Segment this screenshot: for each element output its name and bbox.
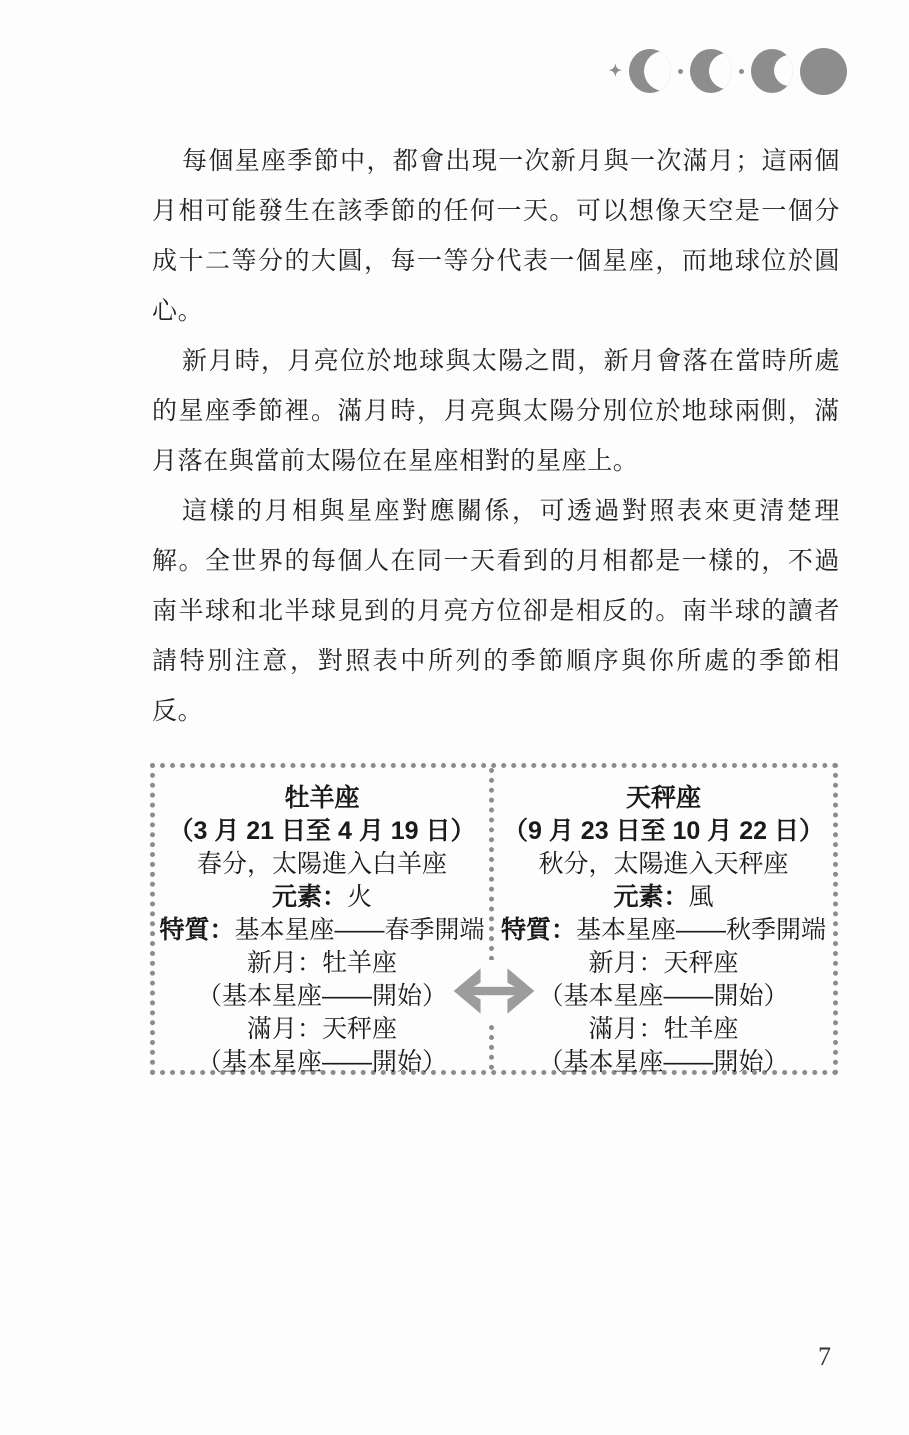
full-moon-icon [800,48,847,95]
element-value: 火 [347,883,372,911]
body-text: 每個星座季節中，都會出現一次新月與一次滿月；這兩個月相可能發生在該季節的任何一天… [152,137,840,737]
quality-label: 特質： [501,916,576,944]
sign-title: 天秤座 [494,782,833,815]
element-label: 元素： [272,883,347,911]
swap-arrow-icon [448,960,540,1022]
sign-date-range: （3 月 21 日至 4 月 19 日） [155,815,489,848]
full-moon-note: （基本星座——開始） [155,1046,489,1079]
sign-date-range: （9 月 23 日至 10 月 22 日） [494,815,833,848]
element-line: 元素：火 [155,881,489,914]
crescent-thick-icon [751,49,793,93]
moon-phase-decoration: ✦ [609,46,847,96]
full-moon-note: （基本星座——開始） [494,1046,833,1079]
dot-separator [739,69,744,74]
full-moon-line: 滿月：天秤座 [155,1013,489,1046]
new-moon-note: （基本星座——開始） [494,980,833,1013]
body-paragraph: 這樣的月相與星座對應關係，可透過對照表來更清楚理解。全世界的每個人在同一天看到的… [152,487,840,737]
sign-title: 牡羊座 [155,782,489,815]
quality-value: 基本星座——秋季開端 [576,916,826,944]
new-moon-line: 新月：天秤座 [494,947,833,980]
quality-line: 特質：基本星座——春季開端 [155,914,489,947]
page-number: 7 [818,1342,831,1372]
quality-label: 特質： [159,916,234,944]
dot-separator [678,69,683,74]
crescent-medium-icon [690,49,732,93]
libra-column: 天秤座 （9 月 23 日至 10 月 22 日） 秋分，太陽進入天秤座 元素：… [494,768,833,1070]
equinox-line: 春分，太陽進入白羊座 [155,848,489,881]
new-moon-note: （基本星座——開始） [155,980,489,1013]
quality-value: 基本星座——春季開端 [235,916,485,944]
zodiac-comparison-box: 牡羊座 （3 月 21 日至 4 月 19 日） 春分，太陽進入白羊座 元素：火… [150,763,838,1075]
equinox-line: 秋分，太陽進入天秤座 [494,848,833,881]
body-paragraph: 新月時，月亮位於地球與太陽之間，新月會落在當時所處的星座季節裡。滿月時，月亮與太… [152,337,840,487]
new-moon-line: 新月：牡羊座 [155,947,489,980]
body-paragraph: 每個星座季節中，都會出現一次新月與一次滿月；這兩個月相可能發生在該季節的任何一天… [152,137,840,337]
aries-column: 牡羊座 （3 月 21 日至 4 月 19 日） 春分，太陽進入白羊座 元素：火… [155,768,494,1070]
full-moon-line: 滿月：牡羊座 [494,1013,833,1046]
quality-line: 特質：基本星座——秋季開端 [494,914,833,947]
element-label: 元素： [613,883,688,911]
element-line: 元素：風 [494,881,833,914]
sparkle-icon: ✦ [609,64,622,80]
crescent-thin-icon [629,49,671,93]
book-page: ✦ 每個星座季節中，都會出現一次新月與一次滿月；這兩個月相可能發生在該季節的任何… [0,0,909,1435]
element-value: 風 [689,883,714,911]
